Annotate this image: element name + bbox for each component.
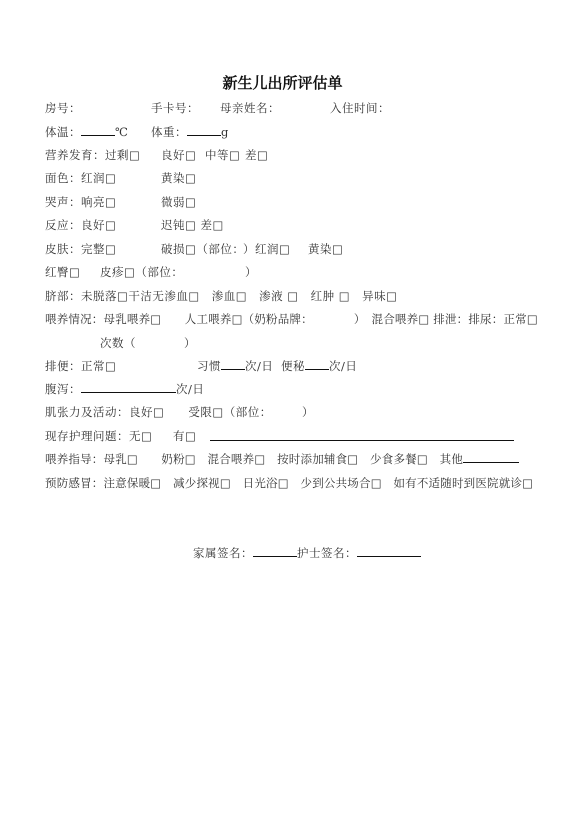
skin-opt-eruption[interactable]: 皮疹□（部位： (100, 264, 183, 280)
weight-label: 体重： (151, 125, 187, 139)
skin-opt-broken[interactable]: 破损□（部位： (161, 241, 244, 257)
diarrhea-label: 腹泻： (45, 382, 81, 396)
urine-times[interactable]: 次数（ ） (100, 336, 196, 350)
muscle-row: 肌张力及活动：良好□ 受限□（部位： ） (45, 404, 314, 420)
nutrition-row: 营养发育：过剩□ 良好□ 中等□ 差□ (45, 147, 140, 163)
stool-opt-normal[interactable]: 正常□ (81, 359, 116, 373)
mother-name-label: 母亲姓名： (220, 100, 280, 116)
temp-label: 体温： (45, 125, 81, 139)
cry-opt-loud[interactable]: 响亮□ (81, 195, 116, 209)
checkin-label: 入住时间： (330, 100, 390, 116)
urine-times-row: 次数（ ） (100, 335, 196, 351)
skin-opt-diaper-rash[interactable]: 红臀□ (45, 265, 80, 279)
diarrhea-row: 腹泻：次/日 (45, 381, 204, 397)
complexion-opt-jaundice[interactable]: 黄染□ (161, 170, 196, 186)
stool-label: 排便： (45, 359, 81, 373)
nursing-row: 现存护理问题：无□ 有□ (45, 428, 152, 444)
reaction-row: 反应：良好□ 迟钝□ 差□ (45, 217, 116, 233)
navel-options[interactable]: 未脱落□干洁无渗血□ 渗血□ 渗液 □ 红肿 □ 异味□ (81, 289, 398, 303)
diarrhea-field[interactable] (81, 381, 176, 393)
nutrition-opt-good[interactable]: 良好□ (161, 147, 196, 163)
nursing-label: 现存护理问题： (45, 429, 129, 443)
nursing-opt-none[interactable]: 无□ (129, 429, 152, 443)
complexion-row: 面色：红润□ 黄染□ (45, 170, 116, 186)
nursing-issue-field[interactable] (210, 440, 514, 441)
vitals-row: 体温：℃ 体重：g (45, 124, 128, 140)
stool-habit-label: 习惯 (197, 359, 221, 373)
skin-eruption-close: ） (245, 264, 257, 280)
skin-opt-rosy[interactable]: ）红润□ (243, 241, 290, 257)
nurse-signature-label: 护士签名： (297, 546, 357, 560)
skin-row: 皮肤：完整□ 破损□（部位： ）红润□ 黄染□ (45, 241, 116, 257)
signature-row: 家属签名：护士签名： (193, 545, 421, 561)
family-signature-field[interactable] (253, 545, 297, 557)
cry-opt-weak[interactable]: 微弱□ (161, 194, 196, 210)
weight-field[interactable] (187, 124, 221, 136)
guidance-label: 喂养指导： (45, 452, 104, 466)
cry-label: 哭声： (45, 195, 81, 209)
nutrition-opt-medium[interactable]: 中等□ (205, 147, 240, 163)
feeding-options[interactable]: 母乳喂养□ 人工喂养□（奶粉品牌： ） 混合喂养□ 排泄：排尿：正常□ (104, 312, 538, 326)
cold-options[interactable]: 注意保暖□ 减少探视□ 日光浴□ 少到公共场合□ 如有不适随时到医院就诊□ (104, 476, 534, 490)
constipation-label: 便秘 (281, 359, 305, 373)
skin-label: 皮肤： (45, 242, 81, 256)
muscle-label: 肌张力及活动： (45, 405, 129, 419)
skin-opt-jaundice[interactable]: 黄染□ (308, 241, 343, 257)
complexion-opt-rosy[interactable]: 红润□ (81, 171, 116, 185)
reaction-label: 反应： (45, 218, 81, 232)
nursing-opt-yes[interactable]: 有□ (173, 428, 196, 444)
stool-row: 排便：正常□ 习惯次/日 便秘次/日 (45, 358, 116, 374)
nutrition-label: 营养发育： (45, 148, 105, 162)
cry-row: 哭声：响亮□ 微弱□ (45, 194, 116, 210)
nutrition-opt-poor[interactable]: 差□ (245, 147, 268, 163)
guidance-options[interactable]: 母乳□ 奶粉□ 混合喂养□ 按时添加辅食□ 少食多餐□ 其他 (104, 452, 464, 466)
nurse-signature-field[interactable] (357, 545, 421, 557)
constipation-unit: 次/日 (329, 359, 357, 373)
family-signature-label: 家属签名： (193, 546, 253, 560)
cold-label: 预防感冒： (45, 476, 104, 490)
nutrition-opt-excess[interactable]: 过剩□ (105, 148, 140, 162)
reaction-opt-good[interactable]: 良好□ (81, 218, 116, 232)
complexion-label: 面色： (45, 171, 81, 185)
weight-unit: g (221, 125, 229, 139)
navel-row: 脐部：未脱落□干洁无渗血□ 渗血□ 渗液 □ 红肿 □ 异味□ (45, 288, 398, 304)
skin2-row: 红臀□ 皮疹□（部位： ） (45, 264, 80, 280)
diarrhea-unit: 次/日 (176, 382, 204, 396)
page-title: 新生儿出所评估单 (0, 72, 565, 93)
feeding-label: 喂养情况： (45, 312, 104, 326)
guidance-row: 喂养指导：母乳□ 奶粉□ 混合喂养□ 按时添加辅食□ 少食多餐□ 其他 (45, 451, 519, 467)
card-label: 手卡号： (151, 100, 199, 116)
reaction-opt-slow-poor[interactable]: 迟钝□ 差□ (161, 217, 224, 233)
muscle-options[interactable]: 良好□ 受限□（部位： ） (129, 405, 314, 419)
feeding-row: 喂养情况：母乳喂养□ 人工喂养□（奶粉品牌： ） 混合喂养□ 排泄：排尿：正常□ (45, 311, 538, 327)
temp-unit: ℃ (115, 125, 128, 139)
cold-row: 预防感冒：注意保暖□ 减少探视□ 日光浴□ 少到公共场合□ 如有不适随时到医院就… (45, 475, 533, 491)
constipation-field[interactable] (305, 358, 329, 370)
stool-habit-unit: 次/日 (245, 359, 273, 373)
guidance-other-field[interactable] (463, 451, 519, 463)
stool-habit-field[interactable] (221, 358, 245, 370)
temp-field[interactable] (81, 124, 115, 136)
room-label: 房号： (45, 100, 81, 116)
skin-opt-intact[interactable]: 完整□ (81, 242, 116, 256)
navel-label: 脐部： (45, 289, 81, 303)
